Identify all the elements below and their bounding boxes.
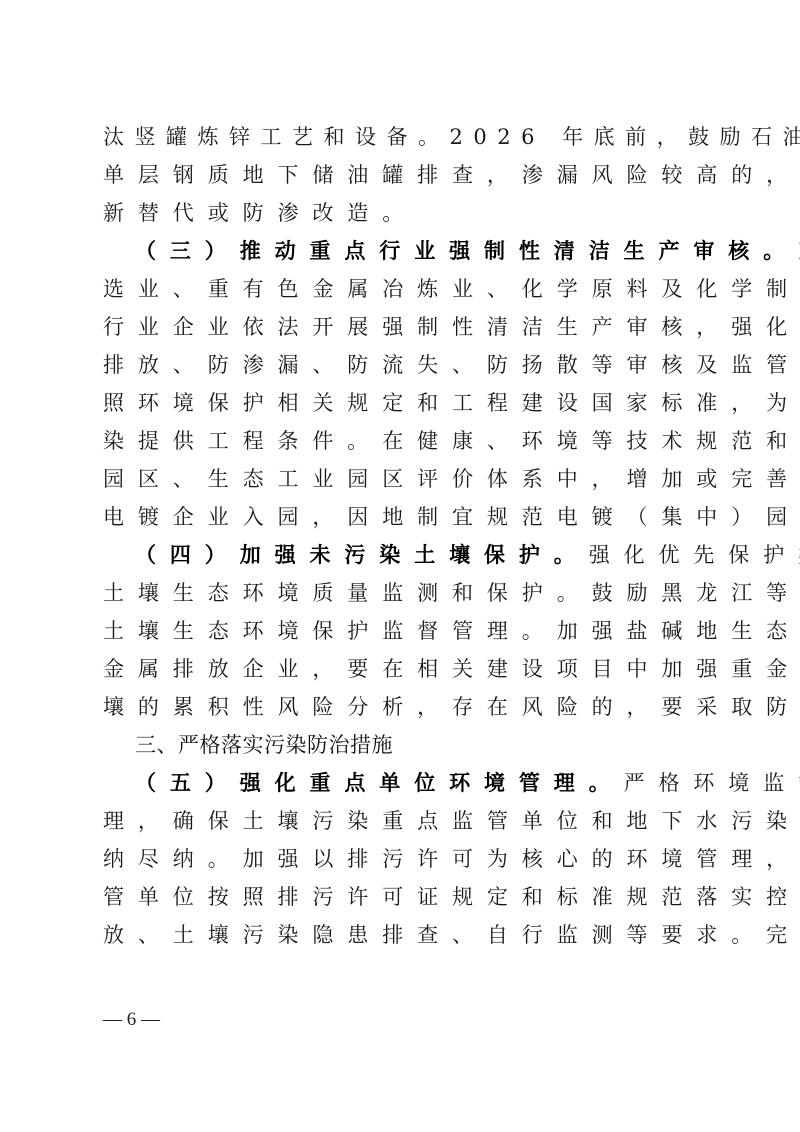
body-line: 理，确保土壤污染重点监管单位和地下水污染防治重点排污单位应 [103, 802, 713, 840]
paragraph-5-title: （五）强化重点单位环境管理。 [135, 771, 624, 795]
document-page: 汰竖罐炼锌工艺和设备。2026 年底前，鼓励石油开采行业企业完成 单层钢质地下储… [103, 118, 699, 954]
body-line: 单层钢质地下储油罐排查，渗漏风险较高的，结合生产周期完成更 [103, 156, 713, 194]
body-line: 选业、重有色金属冶炼业、化学原料及化学制品制造业等涉重金属 [103, 270, 713, 308]
paragraph-3-first-line: （三）推动重点行业强制性清洁生产审核。对重有色金属矿采 [103, 232, 713, 270]
body-line: 土壤生态环境保护监督管理。加强盐碱地生态环境保护。新建涉重 [103, 612, 713, 650]
paragraph-5-text: 严格环境监管重点单位名录管 [624, 771, 800, 795]
page-number: — 6 — [103, 1005, 160, 1035]
body-line: 排放、防渗漏、防流失、防扬散等审核及监管要求。工程设计应按 [103, 346, 713, 384]
body-line: 汰竖罐炼锌工艺和设备。2026 年底前，鼓励石油开采行业企业完成 [103, 118, 713, 156]
body-line: 新替代或防渗改造。 [103, 194, 713, 232]
body-line: 园区、生态工业园区评价体系中，增加或完善源头防控要求。推动 [103, 460, 713, 498]
section-heading: 三、严格落实污染防治措施 [103, 726, 713, 764]
body-line: 照环境保护相关规定和工程建设国家标准，为防治土壤和地下水污 [103, 384, 713, 422]
body-line: 纳尽纳。加强以排污许可为核心的环境管理，督促土壤污染重点监 [103, 840, 713, 878]
body-line: 金属排放企业，要在相关建设项目中加强重金属排放对周边耕地土 [103, 650, 713, 688]
body-line: 放、土壤污染隐患排查、自行监测等要求。完善重点场所和设施设 [103, 916, 713, 954]
body-line: 管单位按照排污许可证规定和标准规范落实控制有毒有害物质排 [103, 878, 713, 916]
paragraph-4-first-line: （四）加强未污染土壤保护。强化优先保护类耕地管理，加强 [103, 536, 713, 574]
body-line: 电镀企业入园，因地制宜规范电镀（集中）园区建设。 [103, 498, 713, 536]
body-line: 染提供工程条件。在健康、环境等技术规范和绿色工厂、绿色工业 [103, 422, 713, 460]
body-line: 土壤生态环境质量监测和保护。鼓励黑龙江等省份探索开展黑土地 [103, 574, 713, 612]
paragraph-3-title: （三）推动重点行业强制性清洁生产审核。 [135, 239, 798, 263]
paragraph-4-title: （四）加强未污染土壤保护。 [135, 543, 589, 567]
paragraph-5-first-line: （五）强化重点单位环境管理。严格环境监管重点单位名录管 [103, 764, 713, 802]
body-line: 行业企业依法开展强制性清洁生产审核，强化气态及粉尘等无组织 [103, 308, 713, 346]
paragraph-4-text: 强化优先保护类耕地管理，加强 [589, 543, 800, 567]
body-line: 壤的累积性风险分析，存在风险的，要采取防控措施。 [103, 688, 713, 726]
